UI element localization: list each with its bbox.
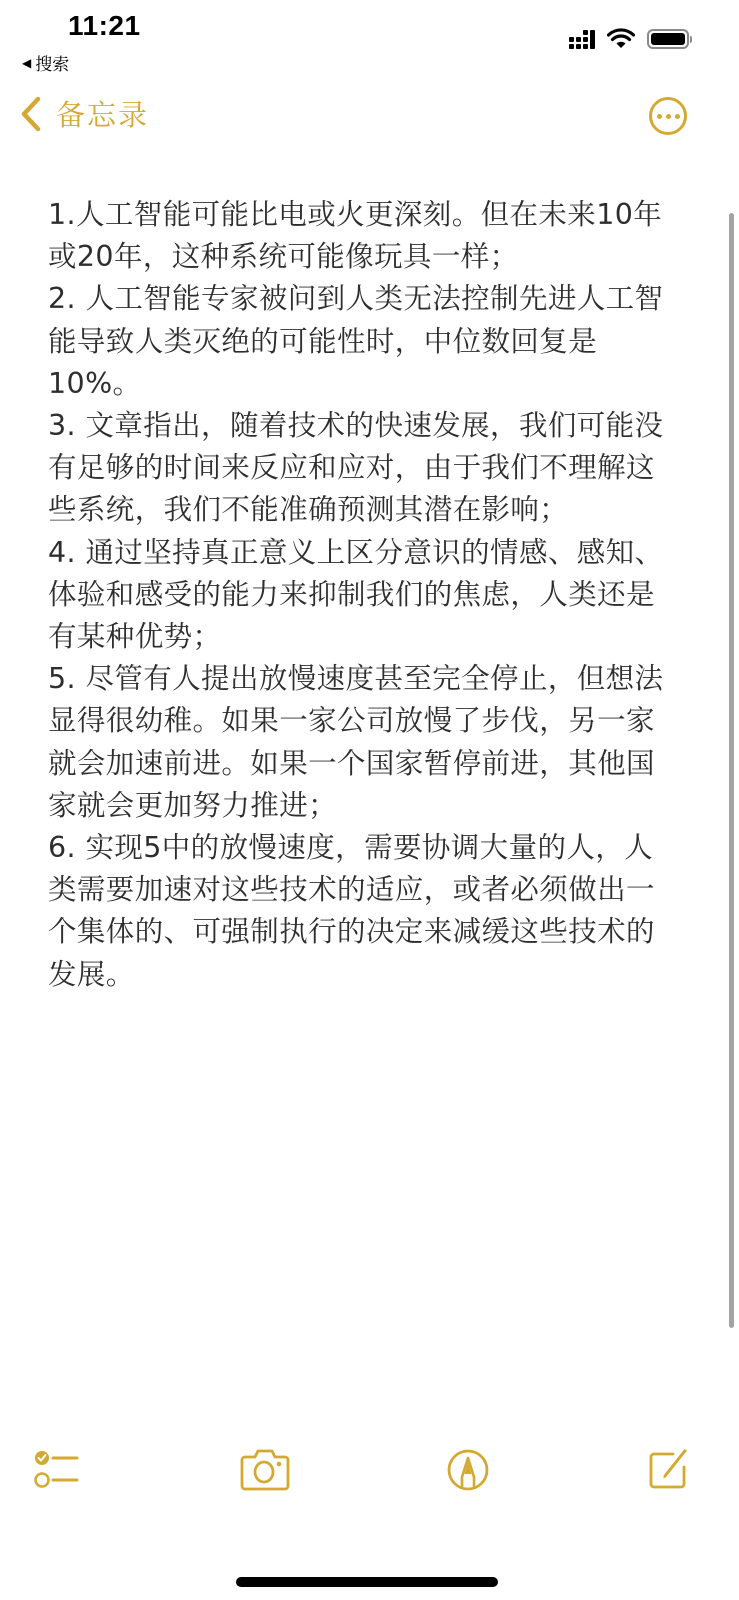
back-triangle-icon: ◀ [22, 56, 31, 70]
vertical-scrollbar[interactable] [729, 213, 734, 1328]
more-options-button[interactable] [649, 97, 687, 135]
notes-screen: 11:21 ◀ 搜索 备忘录 [0, 0, 739, 1600]
note-paragraph-5: 5. 尽管有人提出放慢速度甚至完全停止，但想法显得很幼稚。如果一家公司放慢了步伐… [48, 658, 668, 827]
camera-button[interactable] [235, 1440, 295, 1500]
note-paragraph-4: 4. 通过坚持真正意义上区分意识的情感、感知、体验和感受的能力来抑制我们的焦虑，… [48, 532, 668, 659]
ellipsis-dot-icon [657, 114, 662, 119]
compose-icon [645, 1447, 691, 1493]
back-to-notes-button[interactable]: 备忘录 [20, 93, 149, 134]
pen-tip-circle-icon [445, 1447, 491, 1493]
home-indicator[interactable] [236, 1577, 498, 1587]
checklist-button[interactable] [28, 1440, 88, 1500]
checklist-icon [34, 1448, 82, 1492]
note-paragraph-3: 3. 文章指出，随着技术的快速发展，我们可能没有足够的时间来反应和应对，由于我们… [48, 405, 668, 532]
bottom-toolbar [0, 1440, 739, 1510]
signal-icon [569, 30, 595, 49]
camera-icon [240, 1448, 290, 1492]
note-paragraph-1: 1.人工智能可能比电或火更深刻。但在未来10年或20年，这种系统可能像玩具一样； [48, 194, 668, 278]
note-paragraph-2: 2. 人工智能专家被问到人类无法控制先进人工智能导致人类灭绝的可能性时，中位数回… [48, 278, 668, 405]
compose-button[interactable] [638, 1440, 698, 1500]
status-icons [569, 28, 689, 50]
note-paragraph-6: 6. 实现5中的放慢速度，需要协调大量的人，人类需要加速对这些技术的适应，或者必… [48, 827, 668, 996]
battery-icon [647, 29, 689, 49]
markup-button[interactable] [438, 1440, 498, 1500]
status-time: 11:21 [68, 10, 141, 42]
wifi-icon [607, 28, 635, 50]
note-body[interactable]: 1.人工智能可能比电或火更深刻。但在未来10年或20年，这种系统可能像玩具一样；… [48, 194, 668, 996]
back-label: 备忘录 [56, 93, 149, 134]
chevron-left-icon [20, 96, 42, 132]
ellipsis-dot-icon [666, 114, 671, 119]
ellipsis-dot-icon [675, 114, 680, 119]
back-app-label: 搜索 [35, 50, 69, 75]
back-to-app-link[interactable]: ◀ 搜索 [22, 50, 69, 75]
